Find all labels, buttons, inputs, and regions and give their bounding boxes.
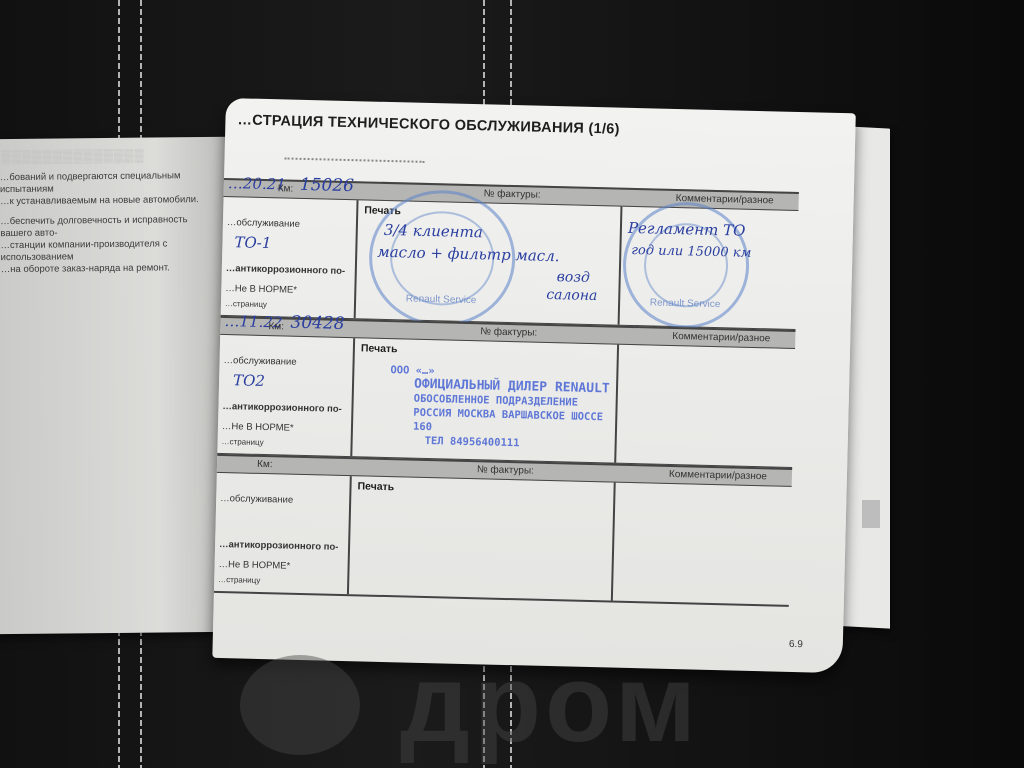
comment-line: год или 15000 км bbox=[631, 243, 751, 261]
service-type: ТО-1 bbox=[234, 233, 271, 252]
left-page: ▒▒▒▒▒▒▒▒▒▒▒▒▒▒ …бований и подвергаются с… bbox=[0, 137, 233, 634]
km-label: Км: bbox=[257, 459, 273, 470]
comment-cell bbox=[613, 483, 792, 605]
page-number: 6.9 bbox=[789, 639, 803, 650]
handwritten-note: 3/4 клиента bbox=[384, 221, 483, 241]
stamp-label: Печать bbox=[357, 480, 394, 493]
see-page-label: …страницу bbox=[221, 437, 263, 447]
anticorrosion-label: …антикоррозионного по- bbox=[219, 539, 339, 553]
service-label: …обслуживание bbox=[227, 217, 300, 230]
handwritten-note: салона bbox=[546, 287, 597, 304]
comments-label: Комментарии/разное bbox=[669, 469, 767, 482]
service-label: …обслуживание bbox=[220, 493, 293, 506]
dealer-stamp: ООО «…» ОФИЦИАЛЬНЫЙ ДИЛЕР RENAULT ОБОСОБ… bbox=[389, 363, 617, 452]
comments-label: Комментарии/разное bbox=[672, 331, 770, 344]
comment-line: Регламент ТО bbox=[628, 219, 746, 240]
left-page-line: …к устанавливаемым на новые автомобили. bbox=[0, 194, 220, 208]
see-page-label: …страницу bbox=[225, 299, 267, 309]
handwritten-note: возд bbox=[557, 269, 590, 286]
stamp-label: Печать bbox=[361, 342, 398, 355]
left-page-header: ▒▒▒▒▒▒▒▒▒▒▒▒▒▒ bbox=[2, 147, 228, 164]
page-tab bbox=[862, 500, 880, 528]
left-page-line: …на обороте заказ-наряда на ремонт. bbox=[1, 262, 221, 276]
service-entry-3: Км: № фактуры: Комментарии/разное …обслу… bbox=[214, 454, 792, 607]
not-ok-label: …Не В НОРМЕ* bbox=[225, 283, 297, 296]
service-entry-1: …20.21 Км: 15026 № фактуры: Комментарии/… bbox=[221, 178, 799, 331]
service-entry-2: …11.22 Км: 30428 № фактуры: Комментарии/… bbox=[217, 316, 795, 469]
km-label: Км: bbox=[278, 183, 294, 194]
dotted-line bbox=[285, 157, 425, 162]
not-ok-label: …Не В НОРМЕ* bbox=[218, 559, 290, 572]
service-record-page: …СТРАЦИЯ ТЕХНИЧЕСКОГО ОБСЛУЖИВАНИЯ (1/6)… bbox=[212, 98, 855, 673]
left-page-line: …беспечить долговечность и исправность в… bbox=[0, 214, 220, 240]
km-value: 30428 bbox=[290, 313, 345, 334]
left-page-line: …станции компании-производителя с исполь… bbox=[0, 238, 220, 264]
comment-cell bbox=[616, 345, 795, 467]
anticorrosion-label: …антикоррозионного по- bbox=[226, 263, 346, 277]
invoice-label: № фактуры: bbox=[480, 326, 537, 338]
service-label: …обслуживание bbox=[223, 355, 296, 368]
page-title: …СТРАЦИЯ ТЕХНИЧЕСКОГО ОБСЛУЖИВАНИЯ (1/6) bbox=[237, 112, 620, 137]
left-page-line: …бований и подвергаются специальным испы… bbox=[0, 170, 220, 196]
invoice-label: № фактуры: bbox=[484, 188, 541, 200]
km-value: 15026 bbox=[300, 175, 355, 196]
anticorrosion-label: …антикоррозионного по- bbox=[222, 401, 342, 415]
invoice-label: № фактуры: bbox=[477, 464, 534, 476]
see-page-label: …страницу bbox=[218, 575, 260, 585]
watermark-logo-icon bbox=[240, 655, 360, 755]
service-type: ТО2 bbox=[233, 371, 265, 390]
km-label: Км: bbox=[268, 321, 284, 332]
watermark-text: дром bbox=[400, 640, 700, 767]
not-ok-label: …Не В НОРМЕ* bbox=[222, 421, 294, 434]
